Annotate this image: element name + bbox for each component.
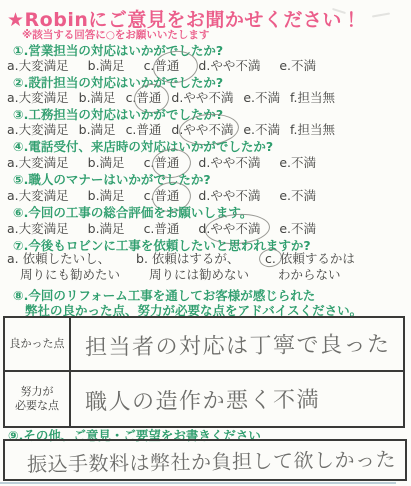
option-c-label: c.普通 (144, 58, 180, 73)
option-a: a.大変満足 (7, 219, 69, 237)
improvement-points-label: 努力が 必要な点 (5, 372, 71, 426)
option-a: a.大変満足 (7, 88, 69, 106)
table-row-improvement-points: 努力が 必要な点 職人の造作か悪く不満 (5, 370, 403, 426)
scan-artifact (372, 12, 390, 17)
question-7-options: a. 依頼したいし、 周りにも勧めたい b. 依頼はするが、 周りには勧めない … (7, 251, 355, 283)
table-row-good-points: 良かった点 担当者の対応は丁寧で良った (5, 318, 403, 370)
option-b: b.満足 (88, 219, 125, 237)
option-b: b.満足 (79, 120, 116, 138)
option-d: d.やや不満 (198, 56, 260, 74)
option-e: e.不満 (279, 219, 316, 237)
option-d: d.やや不満 (171, 88, 233, 106)
option-c-selected: c.普通 (144, 186, 180, 204)
option-a: a.大変満足 (7, 56, 69, 74)
option-d-selected: d.やや不満 (171, 120, 233, 138)
handwritten-good-points: 担当者の対応は丁寧で良った (85, 327, 391, 361)
option-c: c.普通 (144, 219, 180, 237)
good-points-answer-cell: 担当者の対応は丁寧で良った (71, 318, 403, 370)
option-b: b. 依頼はするが、 周りには勧めない (136, 251, 249, 283)
option-a: a.大変満足 (7, 120, 69, 138)
option-d: d.やや不満 (198, 186, 260, 204)
option-d-selected: d.やや不満 (198, 219, 260, 237)
question-5-options: a.大変満足 b.満足 c.普通 d.やや不満 e.不満 (7, 186, 316, 204)
option-a: a.大変満足 (7, 186, 69, 204)
survey-sheet: ★Robinにご意見をお聞かせください！ ※該当する回答に○をお願いいたします … (0, 0, 411, 486)
option-f: f.担当無 (290, 88, 335, 106)
option-d-label: d.やや不満 (171, 122, 233, 137)
option-d-label: d.やや不満 (198, 221, 260, 236)
option-b: b.満足 (88, 153, 125, 171)
question-2-options: a.大変満足 b.満足 c.普通 d.やや不満 e.不満 f.担当無 (7, 88, 335, 106)
question-3-options: a.大変満足 b.満足 c.普通 d.やや不満 e.不満 f.担当無 (7, 120, 335, 138)
option-c-selected: c.普通 (144, 56, 180, 74)
question-4-options: a.大変満足 b.満足 c.普通 d.やや不満 e.不満 (7, 153, 316, 171)
good-points-label: 良かった点 (5, 318, 71, 370)
other-comments-box: 振込手数料は弊社か負担して欲しかった (3, 439, 407, 481)
option-b: b.満足 (79, 88, 116, 106)
option-b: b.満足 (88, 56, 125, 74)
option-e: e.不満 (243, 88, 280, 106)
option-f: f.担当無 (290, 120, 335, 138)
option-d: d.やや不満 (198, 153, 260, 171)
option-c-label: c.普通 (126, 90, 162, 105)
feedback-table: 良かった点 担当者の対応は丁寧で良った 努力が 必要な点 職人の造作か悪く不満 (3, 316, 405, 428)
option-e: e.不満 (279, 186, 316, 204)
option-e: e.不満 (279, 153, 316, 171)
option-a: a. 依頼したいし、 周りにも勧めたい (7, 251, 120, 283)
option-c: c.普通 (126, 120, 162, 138)
survey-instruction-note: ※該当する回答に○をお願いいたします (22, 27, 209, 42)
option-c-selected: c.普通 (126, 88, 162, 106)
handwritten-improvement-points: 職人の造作か悪く不満 (85, 382, 320, 415)
option-e: e.不満 (279, 56, 316, 74)
question-1-options: a.大変満足 b.満足 c.普通 d.やや不満 e.不満 (7, 56, 316, 74)
option-a: a.大変満足 (7, 153, 69, 171)
option-c-label: c.普通 (144, 155, 180, 170)
handwritten-other-comments: 振込手数料は弊社か負担して欲しかった (5, 443, 396, 477)
question-6-options: a.大変満足 b.満足 c.普通 d.やや不満 e.不満 (7, 219, 316, 237)
option-b: b.満足 (88, 186, 125, 204)
option-c-selected: c.普通 (144, 153, 180, 171)
option-e: e.不満 (243, 120, 280, 138)
improvement-points-answer-cell: 職人の造作か悪く不満 (71, 372, 403, 426)
option-c-selected: c. 依頼するかは わからない (265, 251, 355, 283)
option-c-label: c.普通 (144, 188, 180, 203)
scan-edge-line (0, 482, 396, 484)
